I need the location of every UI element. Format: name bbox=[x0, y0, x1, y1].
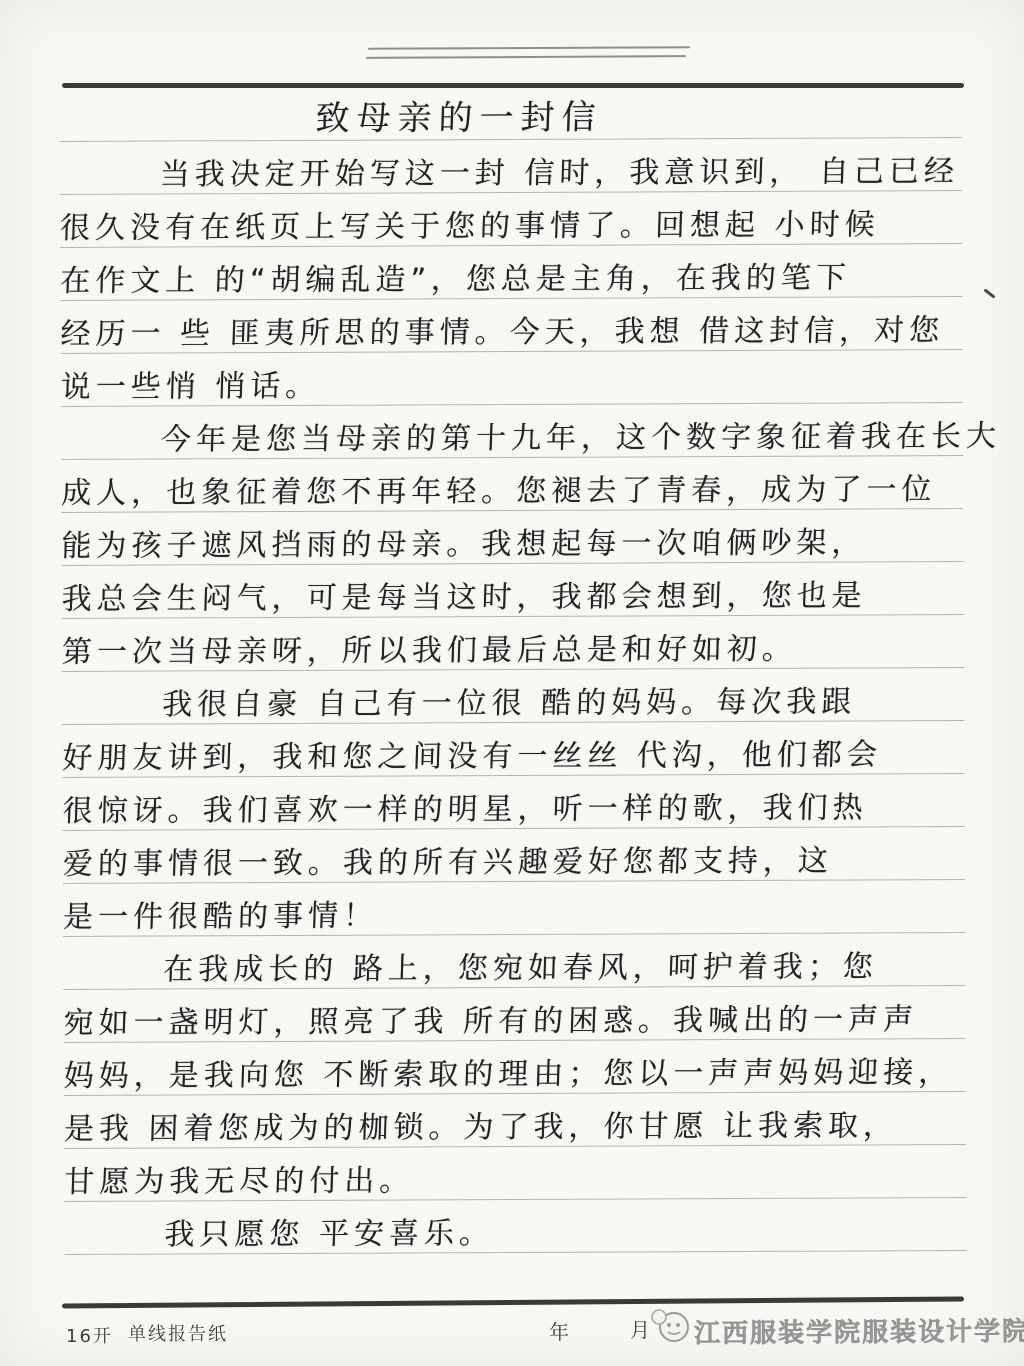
handwritten-line: 是我 困着您成为的枷锁。为了我，你甘愿 让我索取， bbox=[64, 1092, 966, 1149]
handwritten-line: 在作文上 的“胡编乱造”，您总是主角，在我的笔下 bbox=[60, 244, 962, 301]
handwritten-text: 说一些悄 悄话。 bbox=[60, 372, 320, 403]
watermark-logo-icon bbox=[650, 1305, 690, 1345]
bottom-border-line bbox=[62, 1296, 964, 1308]
handwritten-line: 当我决定开始写这一封 信时，我意识到， 自己已经 bbox=[60, 138, 962, 195]
handwritten-line: 说一些悄 悄话。 bbox=[61, 350, 963, 407]
stray-pen-mark bbox=[983, 288, 995, 298]
handwritten-line: 很惊讶。我们喜欢一样的明星，听一样的歌，我们热 bbox=[62, 774, 964, 831]
handwritten-text: 好朋友讲到，我和您之间没有一丝丝 代沟，他们都会 bbox=[62, 740, 882, 774]
handwritten-text: 我总会生闷气，可是每当这时，我都会想到，您也是 bbox=[61, 581, 867, 615]
handwritten-text: 宛如一盏明灯，照亮了我 所有的困惑。我喊出的一声声 bbox=[63, 1005, 918, 1039]
paper-type-label: 单线报告纸 bbox=[128, 1320, 228, 1346]
handwritten-text: 是一件很酷的事情！ bbox=[63, 902, 379, 933]
handwritten-line: 第一次当母亲呀，所以我们最后总是和好如初。 bbox=[62, 615, 964, 672]
handwritten-text: 甘愿为我无尽的付出。 bbox=[64, 1166, 415, 1198]
handwritten-text: 成人，也象征着您不再年轻。您褪去了青春，成为了一位 bbox=[61, 475, 937, 509]
handwritten-text: 经历一 些 匪夷所思的事情。今天，我想 借这封信，对您 bbox=[60, 316, 945, 350]
handwritten-line: 我很自豪 自己有一位很 酷的妈妈。每次我跟 bbox=[62, 668, 964, 725]
handwritten-text: 第一次当母亲呀，所以我们最后总是和好如初。 bbox=[61, 635, 797, 668]
handwritten-text: 今年是您当母亲的第十九年，这个数字象征着我在长大 bbox=[161, 422, 1002, 456]
handwritten-line: 我总会生闷气，可是每当这时，我都会想到，您也是 bbox=[62, 562, 964, 619]
handwritten-line: 甘愿为我无尽的付出。 bbox=[64, 1145, 966, 1202]
paper-size-label: 16开 bbox=[66, 1322, 113, 1348]
handwritten-text: 当我决定开始写这一封 信时，我意识到， 自己已经 bbox=[159, 157, 959, 190]
letter-title: 致母亲的一封信 bbox=[315, 101, 603, 136]
handwritten-text: 很惊讶。我们喜欢一样的明星，听一样的歌，我们热 bbox=[62, 793, 868, 827]
handwritten-line: 能为孩子遮风挡雨的母亲。我想起每一次咱俩吵架， bbox=[61, 509, 963, 566]
handwritten-text: 是我 困着您成为的枷锁。为了我，你甘愿 让我索取， bbox=[64, 1111, 899, 1145]
handwritten-line: 我只愿您 平安喜乐。 bbox=[64, 1198, 966, 1255]
handwritten-line: 妈妈，是我向您 不断索取的理由；您以一声声妈妈迎接， bbox=[64, 1039, 966, 1096]
handwritten-text: 我很自豪 自己有一位很 酷的妈妈。每次我跟 bbox=[162, 688, 857, 721]
month-label: 月 bbox=[630, 1314, 652, 1343]
handwritten-text: 妈妈，是我向您 不断索取的理由；您以一声声妈妈迎接， bbox=[63, 1058, 953, 1092]
handwritten-line: 经历一 些 匪夷所思的事情。今天，我想 借这封信，对您 bbox=[60, 297, 962, 354]
handwritten-line: 成人，也象征着您不再年轻。您褪去了青春，成为了一位 bbox=[61, 456, 963, 513]
handwritten-line: 在我成长的 路上，您宛如春风，呵护着我；您 bbox=[63, 933, 965, 990]
letter-title-row: 致母亲的一封信 bbox=[59, 86, 961, 142]
handwritten-line: 宛如一盏明灯，照亮了我 所有的困惑。我喊出的一声声 bbox=[63, 986, 965, 1043]
letter-body: 致母亲的一封信 当我决定开始写这一封 信时，我意识到， 自己已经很久没有在纸页上… bbox=[59, 86, 966, 1255]
handwritten-text: 在我成长的 路上，您宛如春风，呵护着我；您 bbox=[163, 952, 878, 985]
handwritten-text: 爱的事情很一致。我的所有兴趣爱好您都支持，这 bbox=[62, 847, 833, 880]
handwritten-line: 今年是您当母亲的第十九年，这个数字象征着我在长大 bbox=[61, 403, 963, 460]
handwritten-line: 爱的事情很一致。我的所有兴趣爱好您都支持，这 bbox=[63, 827, 965, 884]
handwritten-line: 好朋友讲到，我和您之间没有一丝丝 代沟，他们都会 bbox=[62, 721, 964, 778]
year-label: 年 bbox=[549, 1316, 571, 1345]
handwritten-text: 能为孩子遮风挡雨的母亲。我想起每一次咱俩吵架， bbox=[61, 528, 867, 562]
watermark-text: 江西服装学院服装设计学院 bbox=[694, 1311, 1024, 1350]
letter-page: 致母亲的一封信 当我决定开始写这一封 信时，我意识到， 自己已经很久没有在纸页上… bbox=[0, 0, 1024, 1366]
handwritten-text: 我只愿您 平安喜乐。 bbox=[164, 1219, 494, 1250]
notebook-binding-rule-top bbox=[368, 46, 690, 49]
handwritten-line: 很久没有在纸页上写关于您的事情了。回想起 小时候 bbox=[60, 191, 962, 248]
handwritten-text: 在作文上 的“胡编乱造”，您总是主角，在我的笔下 bbox=[60, 264, 852, 297]
notebook-binding-rule-bottom bbox=[366, 55, 686, 59]
handwritten-text: 很久没有在纸页上写关于您的事情了。回想起 小时候 bbox=[60, 210, 880, 244]
handwritten-line: 是一件很酷的事情！ bbox=[63, 880, 965, 937]
